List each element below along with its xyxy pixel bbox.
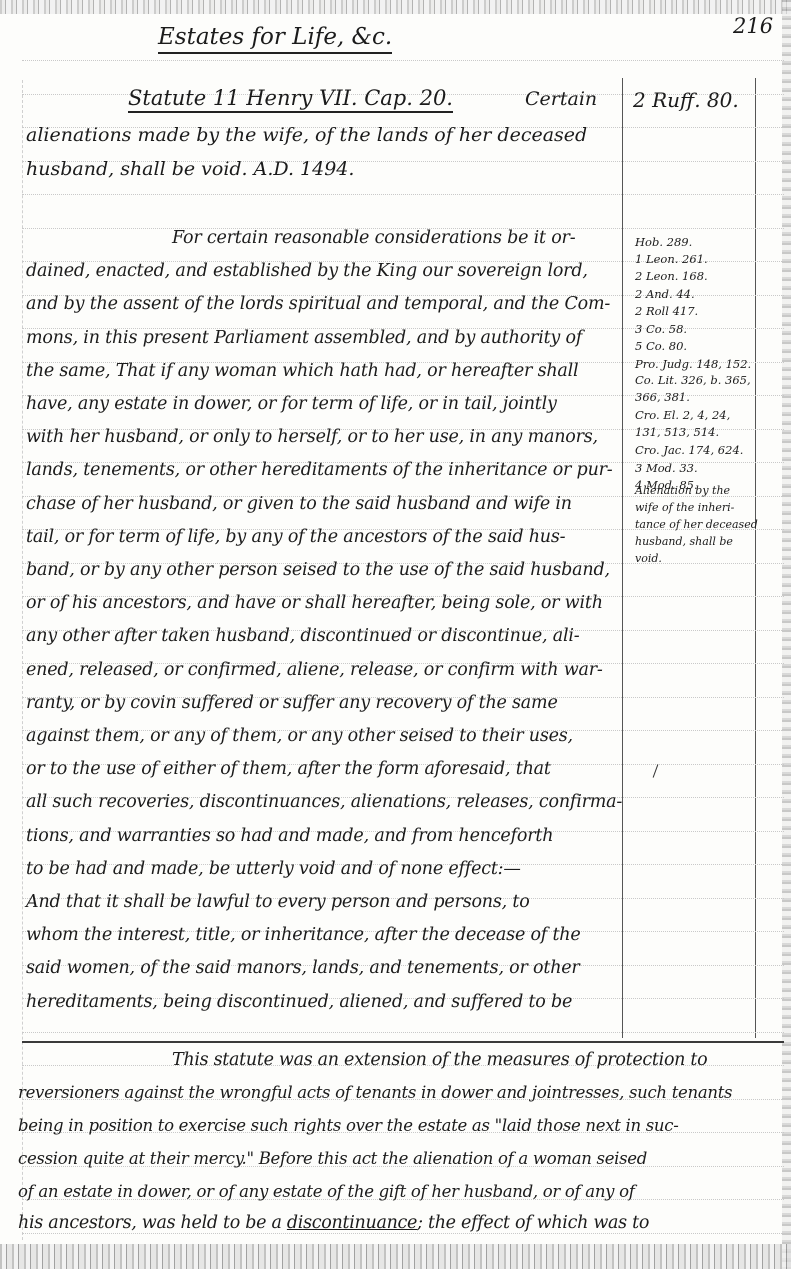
statute-line: ranty, or by covin suffered or suffer an… (26, 693, 558, 713)
ruled-line (22, 1032, 784, 1033)
margin-rule-left (622, 78, 623, 1038)
section-heading: Estates for Life, &c. (158, 24, 392, 54)
statute-line: with her husband, or only to herself, or… (26, 427, 598, 447)
margin-citation: 1 Leon. 261. (635, 252, 708, 266)
statute-line: or of his ancestors, and have or shall h… (26, 593, 603, 613)
commentary-line: cession quite at their mercy." Before th… (18, 1149, 647, 1168)
commentary-line: of an estate in dower, or of any estate … (18, 1182, 635, 1201)
ruled-line (22, 194, 784, 195)
commentary-text: his ancestors, was held to be a (18, 1213, 287, 1233)
statute-title-continuation: Certain (525, 88, 597, 110)
statute-line: to be had and made, be utterly void and … (26, 859, 521, 879)
statute-line: the same, That if any woman which hath h… (26, 361, 578, 381)
page-number: 216 (733, 14, 773, 38)
scan-edge-top (0, 0, 791, 14)
margin-citation: 3 Mod. 33. (635, 461, 698, 475)
margin-citation: 5 Co. 80. (635, 339, 687, 353)
statute-line: or to the use of either of them, after t… (26, 759, 551, 779)
statute-line: lands, tenements, or other hereditaments… (26, 460, 613, 480)
statute-line: mons, in this present Parliament assembl… (26, 328, 582, 348)
margin-citation: Hob. 289. (635, 235, 692, 249)
statute-line: said women, of the said manors, lands, a… (26, 958, 580, 978)
commentary-line: being in position to exercise such right… (18, 1116, 678, 1135)
margin-side-note-line: Alienation by the (635, 484, 730, 497)
statute-line: hereditaments, being discontinued, alien… (26, 992, 572, 1012)
statute-line: ened, released, or confirmed, aliene, re… (26, 660, 603, 680)
ruled-line (22, 60, 784, 61)
statute-line: all such recoveries, discontinuances, al… (26, 792, 622, 812)
statute-line: chase of her husband, or given to the sa… (26, 494, 572, 514)
margin-citation: 131, 513, 514. (635, 425, 719, 439)
statute-line: whom the interest, title, or inheritance… (26, 925, 581, 945)
margin-side-note-line: tance of her deceased (635, 518, 758, 531)
scan-edge-right (782, 0, 791, 1269)
statute-line: have, any estate in dower, or for term o… (26, 394, 557, 414)
statute-line: band, or by any other person seised to t… (26, 560, 610, 580)
margin-rule-right (755, 78, 756, 1038)
margin-citation: 3 Co. 58. (635, 322, 687, 336)
margin-citation: 2 Leon. 168. (635, 269, 708, 283)
commentary-text: ; the effect of which was to (417, 1213, 649, 1233)
margin-primary-reference: 2 Ruff. 80. (633, 88, 739, 112)
statute-title-line: husband, shall be void. A.D. 1494. (26, 158, 354, 180)
margin-citation: 2 And. 44. (635, 287, 695, 301)
commentary-line: This statute was an extension of the mea… (172, 1050, 707, 1070)
commentary-line-last: his ancestors, was held to be a disconti… (18, 1213, 649, 1233)
margin-citation: 366, 381. (635, 390, 690, 404)
margin-side-note-line: husband, shall be (635, 535, 733, 548)
margin-citation: Cro. Jac. 174, 624. (635, 443, 743, 457)
margin-citation: Pro. Judg. 148, 152. (635, 357, 751, 371)
section-divider (22, 1041, 784, 1043)
statute-line: tions, and warranties so had and made, a… (26, 826, 553, 846)
statute-line: tail, or for term of life, by any of the… (26, 527, 565, 547)
left-margin-rule (22, 80, 23, 1240)
margin-side-note-line: wife of the inheri- (635, 501, 734, 514)
margin-citation: Co. Lit. 326, b. 365, (635, 373, 751, 387)
manuscript-page: 216 Estates for Life, &c. Statute 11 Hen… (0, 0, 791, 1269)
margin-citation: Cro. El. 2, 4, 24, (635, 408, 730, 422)
statute-line: any other after taken husband, discontin… (26, 626, 579, 646)
pencil-mark (653, 764, 659, 777)
statute-line: For certain reasonable considerations be… (172, 228, 575, 248)
statute-line: and by the assent of the lords spiritual… (26, 294, 610, 314)
margin-citation: 2 Roll 417. (635, 304, 698, 318)
scan-edge-bottom (0, 1244, 791, 1269)
discontinuance-term: discontinuance (287, 1213, 417, 1233)
statute-line: And that it shall be lawful to every per… (26, 892, 530, 912)
margin-side-note-line: void. (635, 552, 662, 565)
statute-title-line: alienations made by the wife, of the lan… (26, 124, 587, 146)
statute-title: Statute 11 Henry VII. Cap. 20. (128, 86, 453, 113)
commentary-line: reversioners against the wrongful acts o… (18, 1083, 732, 1102)
statute-line: dained, enacted, and established by the … (26, 261, 588, 281)
statute-line: against them, or any of them, or any oth… (26, 726, 573, 746)
